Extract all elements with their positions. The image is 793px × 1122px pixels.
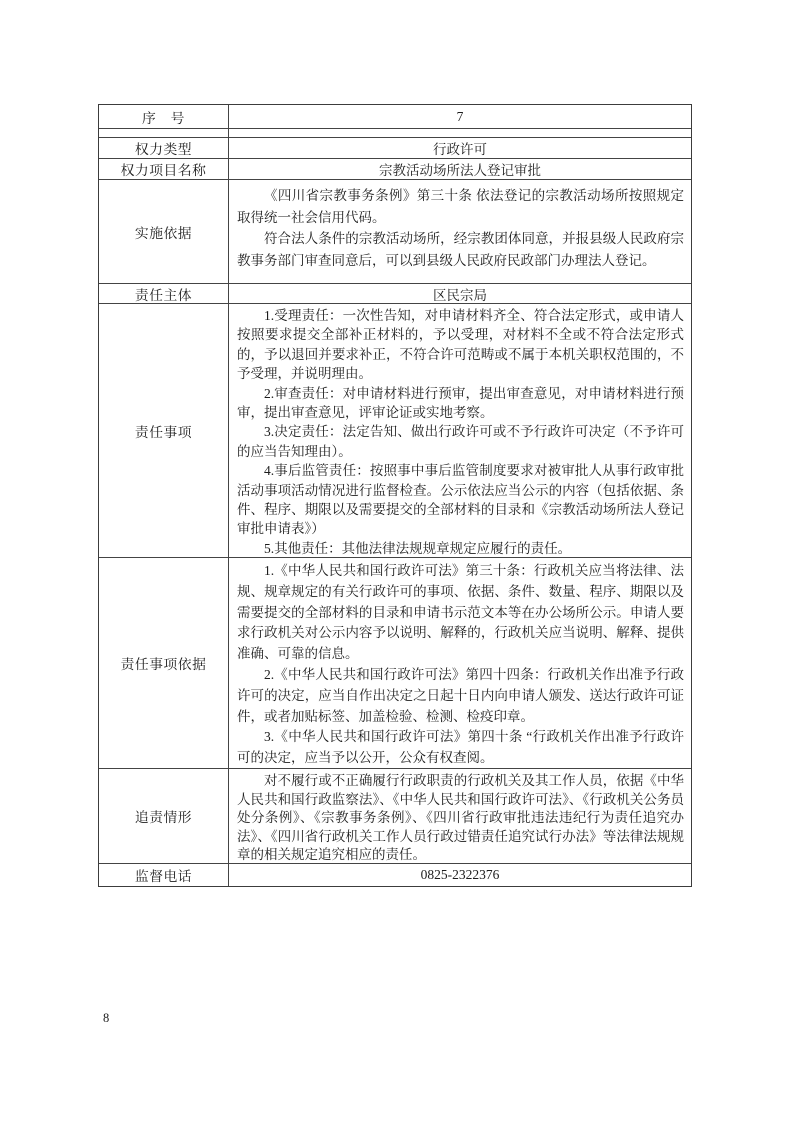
table-row-sequence: 序 号 7 (99, 105, 691, 129)
paragraph: 4.事后监管责任：按照事中事后监管制度要求对被审批人从事行政审批活动事项活动情况… (237, 461, 684, 539)
row-label-sequence: 序 号 (99, 105, 229, 128)
row-label-power-type: 权力类型 (99, 138, 229, 158)
row-value-responsibility-items: 1.受理责任：一次性告知，对申请材料齐全、符合法定形式，或申请人按照要求提交全部… (229, 304, 691, 557)
table-row-responsibility-items: 责任事项 1.受理责任：一次性告知，对申请材料齐全、符合法定形式，或申请人按照要… (99, 304, 691, 558)
spacer-value-cell (229, 129, 691, 137)
paragraph: 1.受理责任：一次性告知，对申请材料齐全、符合法定形式，或申请人按照要求提交全部… (237, 306, 684, 384)
table-row-power-type: 权力类型 行政许可 (99, 138, 691, 159)
row-value-responsible-subject: 区民宗局 (229, 284, 691, 303)
row-label-responsibility-basis: 责任事项依据 (99, 558, 229, 768)
paragraph: 1.《中华人民共和国行政许可法》第三十条：行政机关应当将法律、法规、规章规定的有… (237, 561, 684, 665)
power-item-table: 序 号 7 权力类型 行政许可 权力项目名称 宗教活动场所法人登记审批 实施依据… (98, 104, 692, 887)
row-value-power-name: 宗教活动场所法人登记审批 (229, 159, 691, 179)
table-row-power-name: 权力项目名称 宗教活动场所法人登记审批 (99, 159, 691, 180)
paragraph: 对不履行或不正确履行行政职责的行政机关及其工作人员，依据《中华人民共和国行政监察… (237, 772, 684, 865)
paragraph: 5.其他责任：其他法律法规规章规定应履行的责任。 (237, 539, 684, 558)
spacer-label-cell (99, 129, 229, 137)
table-row-responsibility-basis: 责任事项依据 1.《中华人民共和国行政许可法》第三十条：行政机关应当将法律、法规… (99, 558, 691, 769)
row-label-responsibility-items: 责任事项 (99, 304, 229, 557)
row-value-responsibility-basis: 1.《中华人民共和国行政许可法》第三十条：行政机关应当将法律、法规、规章规定的有… (229, 558, 691, 768)
table-row-supervision-phone: 监督电话 0825-2322376 (99, 864, 691, 886)
row-label-accountability: 追责情形 (99, 769, 229, 863)
page-number: 8 (103, 1011, 109, 1026)
row-value-sequence: 7 (229, 105, 691, 128)
row-label-power-name: 权力项目名称 (99, 159, 229, 179)
paragraph: 符合法人条件的宗教活动场所，经宗教团体同意，并报县级人民政府宗教事务部门审查同意… (237, 228, 684, 271)
row-label-responsible-subject: 责任主体 (99, 284, 229, 303)
table-row-implementation-basis: 实施依据 《四川省宗教事务条例》第三十条 依法登记的宗教活动场所按照规定取得统一… (99, 180, 691, 284)
table-row-responsible-subject: 责任主体 区民宗局 (99, 284, 691, 304)
table-row-spacer (99, 129, 691, 138)
paragraph: 3.《中华人民共和国行政许可法》第四十条 “行政机关作出准予行政许可的决定，应当… (237, 727, 684, 769)
document-page: 序 号 7 权力类型 行政许可 权力项目名称 宗教活动场所法人登记审批 实施依据… (0, 0, 793, 1122)
row-value-supervision-phone: 0825-2322376 (229, 864, 691, 886)
paragraph: 2.审查责任：对申请材料进行预审，提出审查意见，对申请材料进行预审，提出审查意见… (237, 384, 684, 423)
paragraph: 2.《中华人民共和国行政许可法》第四十四条：行政机关作出准予行政许可的决定，应当… (237, 665, 684, 727)
row-value-accountability: 对不履行或不正确履行行政职责的行政机关及其工作人员，依据《中华人民共和国行政监察… (229, 769, 691, 863)
row-value-power-type: 行政许可 (229, 138, 691, 158)
table-row-accountability: 追责情形 对不履行或不正确履行行政职责的行政机关及其工作人员，依据《中华人民共和… (99, 769, 691, 864)
paragraph: 3.决定责任：法定告知、做出行政许可或不予行政许可决定（不予许可的应当告知理由）… (237, 422, 684, 461)
row-label-implementation-basis: 实施依据 (99, 180, 229, 283)
paragraph: 《四川省宗教事务条例》第三十条 依法登记的宗教活动场所按照规定取得统一社会信用代… (237, 185, 684, 228)
row-label-supervision-phone: 监督电话 (99, 864, 229, 886)
row-value-implementation-basis: 《四川省宗教事务条例》第三十条 依法登记的宗教活动场所按照规定取得统一社会信用代… (229, 180, 691, 283)
